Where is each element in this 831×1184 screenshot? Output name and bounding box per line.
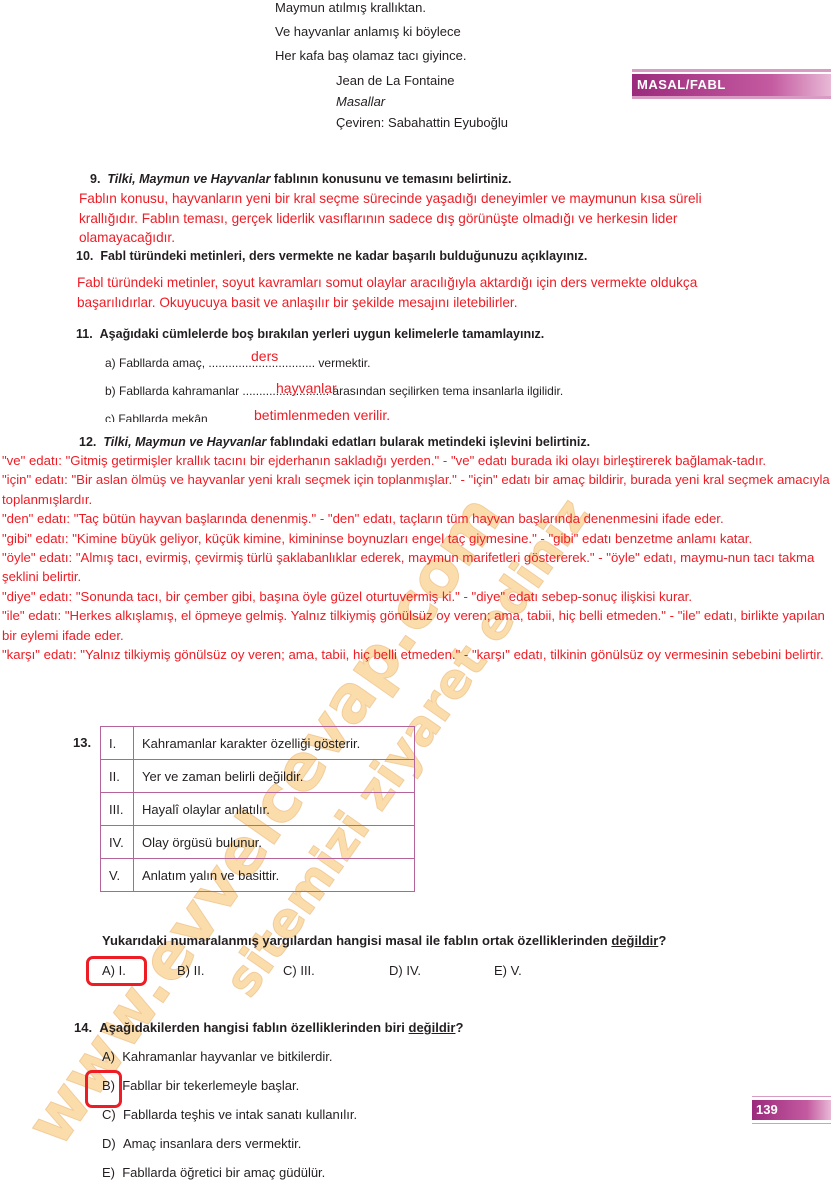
- table-row: V.Anlatım yalın ve basittir.: [101, 859, 415, 892]
- table-row: IV.Olay örgüsü bulunur.: [101, 826, 415, 859]
- question-10: 10. Fabl türündeki metinleri, ders verme…: [76, 249, 587, 263]
- edat-answer: "ve" edatı: "Gitmiş getirmişler krallık …: [2, 451, 830, 470]
- option-c[interactable]: C) III.: [283, 963, 315, 978]
- table-row: III.Hayalî olaylar anlatılır.: [101, 793, 415, 826]
- answer-12: "ve" edatı: "Gitmiş getirmişler krallık …: [2, 451, 830, 664]
- section-banner-label: MASAL/FABL: [637, 77, 726, 92]
- poem-line: Ve hayvanlar anlamış ki böylece: [275, 24, 461, 39]
- table-row: I.Kahramanlar karakter özelliği gösterir…: [101, 727, 415, 760]
- edat-answer: "için" edatı: "Bir aslan ölmüş ve hayvan…: [2, 470, 830, 509]
- question-13: Yukarıdaki numaralanmış yargılardan hang…: [102, 933, 666, 948]
- option-e[interactable]: E) Fabllarda öğretici bir amaç güdülür.: [102, 1165, 325, 1180]
- poem-line: Maymun atılmış krallıktan.: [275, 0, 426, 15]
- selected-answer-marker: [85, 1070, 122, 1108]
- edat-answer: "karşı" edatı: "Yalnız tilkiymiş gönülsü…: [2, 645, 830, 664]
- option-d[interactable]: D) Amaç insanlara ders vermektir.: [102, 1136, 301, 1151]
- poem-translator: Çeviren: Sabahattin Eyuboğlu: [336, 115, 508, 130]
- poem-author: Jean de La Fontaine: [336, 73, 455, 88]
- table-row: II.Yer ve zaman belirli değildir.: [101, 760, 415, 793]
- fill-item-a: a) Fabllarda amaç, .....................…: [105, 356, 370, 370]
- statements-table: I.Kahramanlar karakter özelliği gösterir…: [100, 726, 415, 892]
- question-13-number: 13.: [73, 735, 91, 750]
- page-number-banner: 139: [752, 1100, 831, 1120]
- option-e[interactable]: E) V.: [494, 963, 522, 978]
- edat-answer: "öyle" edatı: "Almış tacı, evirmiş, çevi…: [2, 548, 830, 587]
- fill-answer-b: hayvanlar: [276, 380, 337, 396]
- selected-answer-marker: [86, 956, 147, 986]
- section-banner: MASAL/FABL: [632, 72, 831, 96]
- edat-answer: "gibi" edatı: "Kimine büyük geliyor, küç…: [2, 529, 830, 548]
- option-c[interactable]: C) Fabllarda teşhis ve intak sanatı kull…: [102, 1107, 357, 1122]
- option-a[interactable]: A) Kahramanlar hayvanlar ve bitkilerdir.: [102, 1049, 333, 1064]
- page-number: 139: [756, 1102, 778, 1117]
- question-11: 11. Aşağıdaki cümlelerde boş bırakılan y…: [76, 327, 544, 341]
- poem-line: Her kafa baş olamaz tacı giyince.: [275, 48, 466, 63]
- answer-10: Fabl türündeki metinler, soyut kavramlar…: [77, 273, 737, 312]
- edat-answer: "den" edatı: "Taç bütün hayvan başlarınd…: [2, 509, 830, 528]
- edat-answer: "ile" edatı: "Herkes alkışlamış, el öpme…: [2, 606, 830, 645]
- edat-answer: "diye" edatı: "Sonunda tacı, bir çember …: [2, 587, 830, 606]
- fill-answer-a: ders: [251, 348, 278, 364]
- question-12: 12. Tilki, Maymun ve Hayvanlar fablındak…: [79, 435, 590, 449]
- answer-9: Fablın konusu, hayvanların yeni bir kral…: [79, 189, 719, 248]
- option-b[interactable]: B) II.: [177, 963, 204, 978]
- question-14: 14. Aşağıdakilerden hangisi fablın özell…: [74, 1020, 463, 1035]
- option-d[interactable]: D) IV.: [389, 963, 421, 978]
- option-b[interactable]: B) Fabllar bir tekerlemeyle başlar.: [102, 1078, 299, 1093]
- fill-answer-c: betimlenmeden verilir.: [254, 407, 390, 423]
- question-9: 9. Tilki, Maymun ve Hayvanlar fablının k…: [90, 172, 511, 186]
- fill-item-c: c) Fabllarda mekân: [105, 412, 208, 422]
- poem-book: Masallar: [336, 94, 385, 109]
